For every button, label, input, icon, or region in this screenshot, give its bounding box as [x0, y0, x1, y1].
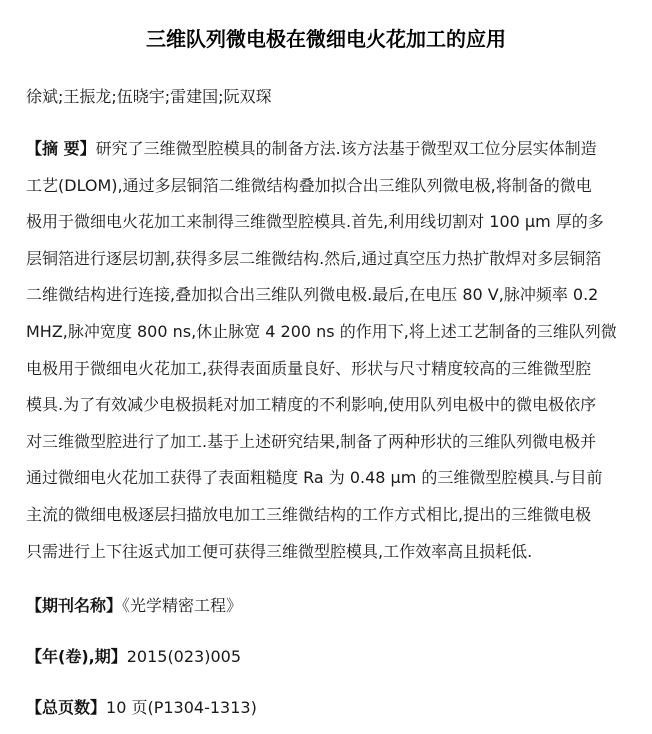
- journal-name-value: 《光学精密工程》: [122, 596, 242, 615]
- abstract-line: 对三维微型腔进行了加工.基于上述研究结果,制备了两种形状的三维队列微电极并: [26, 429, 626, 466]
- author-list: 徐斌;王振龙;伍晓宇;雷建国;阮双琛: [26, 85, 272, 109]
- abstract-line: 通过微细电火花加工获得了表面粗糙度 Ra 为 0.48 μm 的三维微型腔模具.…: [26, 465, 626, 502]
- total-pages-label: 【总页数】: [26, 698, 106, 717]
- abstract-line: 电极用于微细电火花加工,获得表面质量良好、形状与尺寸精度较高的三维微型腔: [26, 356, 626, 393]
- abstract-line: MHZ,脉冲宽度 800 ns,休止脉宽 4 200 ns 的作用下,将上述工艺…: [26, 319, 626, 356]
- total-pages-value: 10 页(P1304-1313): [106, 698, 257, 717]
- abstract-line: 主流的微细电极逐层扫描放电加工三维微结构的工作方式相比,提出的三维微电极: [26, 502, 626, 539]
- article-title: 三维队列微电极在微细电火花加工的应用: [0, 24, 652, 54]
- journal-name-label: 【期刊名称】: [26, 596, 122, 615]
- abstract-line: 模具.为了有效减少电极损耗对加工精度的不利影响,使用队列电极中的微电极依序: [26, 392, 626, 429]
- abstract-line: 二维微结构进行连接,叠加拟合出三维队列微电极.最后,在电压 80 V,脉冲频率 …: [26, 282, 626, 319]
- year-volume-issue-value: 2015(023)005: [127, 647, 241, 666]
- abstract-line: 层铜箔进行逐层切割,获得多层二维微结构.然后,通过真空压力热扩散焊对多层铜箔: [26, 246, 626, 283]
- total-pages-field: 【总页数】10 页(P1304-1313): [26, 696, 257, 720]
- journal-name-field: 【期刊名称】《光学精密工程》: [26, 594, 242, 618]
- year-volume-issue-label: 【年(卷),期】: [26, 647, 127, 666]
- abstract-section: 【摘 要】研究了三维微型腔模具的制备方法.该方法基于微型双工位分层实体制造 工艺…: [26, 136, 626, 575]
- abstract-text: 研究了三维微型腔模具的制备方法.该方法基于微型双工位分层实体制造: [96, 139, 597, 158]
- year-volume-issue-field: 【年(卷),期】2015(023)005: [26, 645, 241, 669]
- abstract-line: 极用于微细电火花加工来制得三维微型腔模具.首先,利用线切割对 100 μm 厚的…: [26, 209, 626, 246]
- abstract-line: 【摘 要】研究了三维微型腔模具的制备方法.该方法基于微型双工位分层实体制造: [26, 136, 626, 173]
- abstract-line: 只需进行上下往返式加工便可获得三维微型腔模具,工作效率高且损耗低.: [26, 539, 626, 576]
- abstract-label: 【摘 要】: [26, 139, 96, 158]
- abstract-line: 工艺(DLOM),通过多层铜箔二维微结构叠加拟合出三维队列微电极,将制备的微电: [26, 173, 626, 210]
